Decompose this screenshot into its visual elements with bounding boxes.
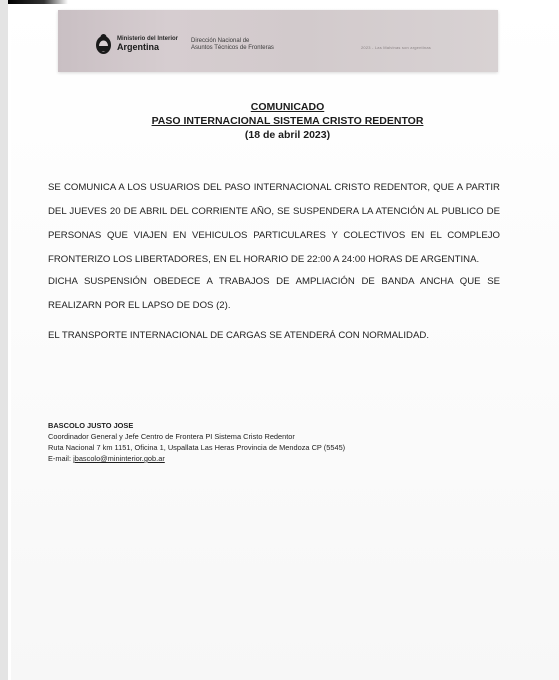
signature-block: BASCOLO JUSTO JOSE Coordinador General y… [48, 420, 345, 464]
paragraph-line: FRONTERIZO LOS LIBERTADORES, EN EL HORAR… [48, 248, 500, 272]
ministry-name: Ministerio del Interior Argentina [117, 36, 178, 52]
direccion-name: Dirección Nacional de Asuntos Técnicos d… [191, 38, 274, 52]
paragraph-line: DICHA SUSPENSIÓN OBEDECE A TRABAJOS DE A… [48, 270, 500, 294]
scan-top-shadow [8, 0, 68, 4]
document-subheading: PASO INTERNACIONAL SISTEMA CRISTO REDENT… [16, 114, 559, 128]
ministry-line2: Argentina [117, 43, 178, 52]
paragraph-suspension-notice: SE COMUNICA A LOS USUARIOS DEL PASO INTE… [48, 176, 500, 272]
paragraph-line: EL TRANSPORTE INTERNACIONAL DE CARGAS SE… [48, 324, 500, 348]
paragraph-line: REALIZARN POR EL LAPSO DE DOS (2). [48, 294, 500, 318]
email-label: E-mail: [48, 454, 73, 463]
paragraph-reason: DICHA SUSPENSIÓN OBEDECE A TRABAJOS DE A… [48, 270, 500, 318]
signatory-name: BASCOLO JUSTO JOSE [48, 420, 345, 431]
direccion-line1: Dirección Nacional de [191, 38, 274, 45]
letterhead-motto: 2023 - Las Malvinas son argentinas [361, 45, 431, 50]
paragraph-line: SE COMUNICA A LOS USUARIOS DEL PASO INTE… [48, 176, 500, 200]
paragraph-line: PERSONAS QUE VIAJEN EN VEHICULOS PARTICU… [48, 224, 500, 248]
document-heading: COMUNICADO [16, 100, 559, 114]
argentina-coat-of-arms-icon [95, 33, 112, 55]
paragraph-cargo: EL TRANSPORTE INTERNACIONAL DE CARGAS SE… [48, 324, 500, 348]
direccion-line2: Asuntos Técnicos de Fronteras [191, 45, 274, 52]
document-date: (18 de abril 2023) [16, 128, 559, 142]
signatory-role: Coordinador General y Jefe Centro de Fro… [48, 431, 345, 442]
title-block: COMUNICADO PASO INTERNACIONAL SISTEMA CR… [0, 100, 559, 142]
signatory-email-row: E-mail: jbascolo@mininterior.gob.ar [48, 453, 345, 464]
email-link[interactable]: jbascolo@mininterior.gob.ar [73, 454, 165, 463]
paragraph-line: DEL JUEVES 20 DE ABRIL DEL CORRIENTE AÑO… [48, 200, 500, 224]
signatory-address: Ruta Nacional 7 km 1151, Oficina 1, Uspa… [48, 442, 345, 453]
